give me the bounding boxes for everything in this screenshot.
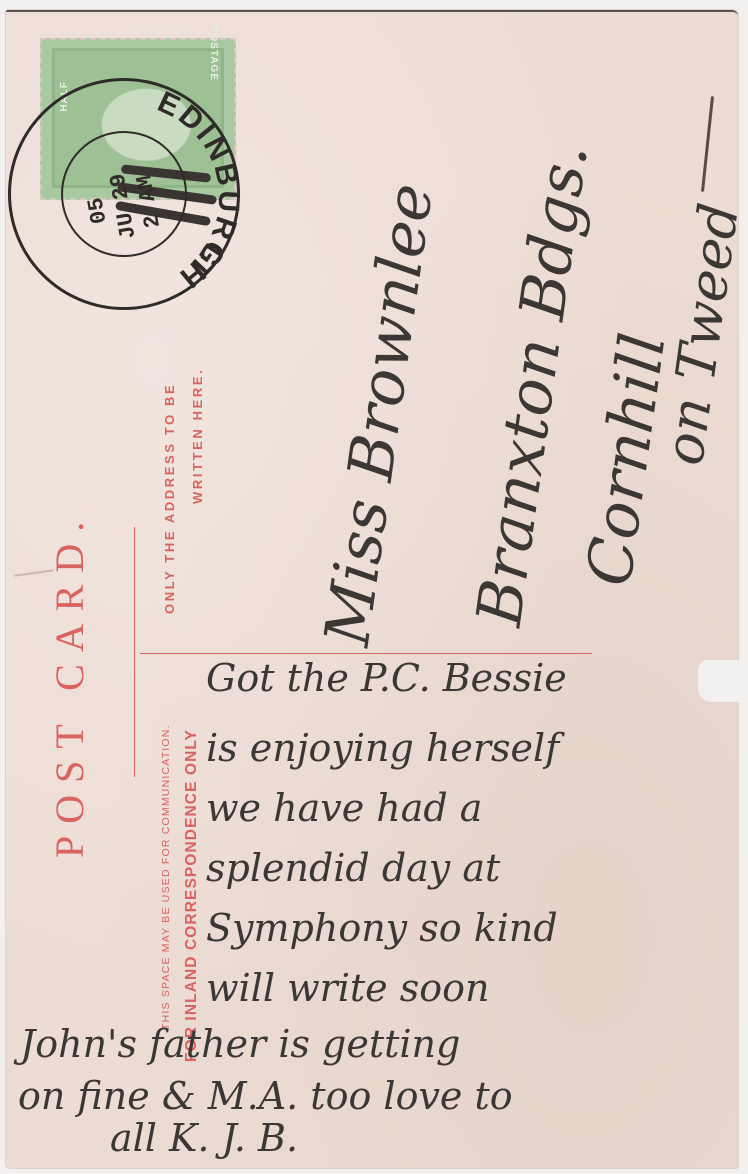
post-card-title: POST CARD. — [46, 510, 93, 858]
message-line: Got the P.C. Bessie — [206, 656, 567, 700]
vertical-divider — [134, 527, 135, 777]
message-line: we have had a — [206, 786, 482, 830]
postmark-date: 05 JU 29 2 AM — [78, 155, 170, 257]
stamp-postage-label: POSTAGE — [208, 26, 219, 81]
message-line: is enjoying herself — [206, 726, 559, 770]
address-notice-line1: ONLY THE ADDRESS TO BE — [162, 383, 177, 614]
message-line: Symphony so kind — [206, 906, 558, 950]
postmark: EDINBURGH LT 05 JU 29 2 AM — [8, 78, 240, 310]
message-line: John's father is getting — [20, 1022, 460, 1066]
address-notice-line2: WRITTEN HERE. — [190, 368, 205, 504]
correspondence-notice-line2: FOR INLAND CORRESPONDENCE ONLY — [183, 729, 201, 1062]
message-signature: all K. J. B. — [110, 1116, 298, 1160]
message-line: splendid day at — [206, 846, 500, 890]
torn-notch — [698, 660, 742, 702]
message-line: on fine & M.A. too love to — [18, 1074, 513, 1118]
correspondence-notice-line1: THIS SPACE MAY BE USED FOR COMMUNICATION… — [160, 724, 172, 1030]
horizontal-divider — [140, 653, 592, 654]
message-line: will write soon — [206, 966, 489, 1010]
